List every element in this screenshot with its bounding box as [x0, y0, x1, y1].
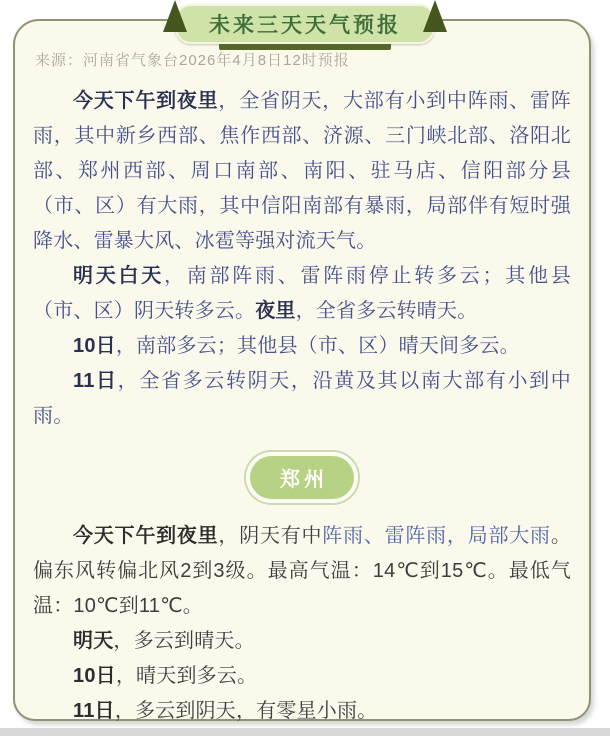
city-paragraph-tomorrow: 明天，多云到晴天。 [33, 624, 571, 659]
paragraph-text: ，全省多云转晴天。 [296, 300, 478, 322]
source-line: 来源：河南省气象台2026年4月8日12时预报 [35, 49, 571, 70]
paragraph-text: ，全省阴天，大部有小到中阵雨、雷阵雨，其中新乡西部、焦作西部、济源、三门峡北部、… [33, 90, 571, 252]
card-content: 来源：河南省气象台2026年4月8日12时预报 今天下午到夜里，全省阴天，大部有… [15, 21, 589, 729]
weather-forecast-page: 未来三天天气预报 来源：河南省气象台2026年4月8日12时预报 今天下午到夜里… [0, 0, 610, 736]
city-badge-row: 郑州 [33, 452, 571, 503]
ribbon-band: 未来三天天气预报 [175, 4, 435, 44]
paragraph-lead-bold: 今天下午到夜里 [73, 525, 218, 547]
page-title: 未来三天天气预报 [209, 9, 401, 39]
ribbon-banner: 未来三天天气预报 [175, 4, 435, 44]
bottom-separator-strip [0, 728, 610, 736]
province-paragraph-tomorrow: 明天白天，南部阵雨、雷阵雨停止转多云；其他县（市、区）阴天转多云。夜里，全省多云… [33, 259, 571, 329]
paragraph-text: ，多云到晴天。 [113, 630, 254, 652]
province-forecast-section: 今天下午到夜里，全省阴天，大部有小到中阵雨、雷阵雨，其中新乡西部、焦作西部、济源… [33, 84, 571, 434]
city-paragraph-day10: 10日，晴天到多云。 [33, 659, 571, 694]
city-paragraph-today: 今天下午到夜里，阴天有中阵雨、雷阵雨，局部大雨。偏东风转偏北风2到3级。最高气温… [33, 519, 571, 624]
city-badge: 郑州 [246, 452, 358, 503]
city-paragraph-day11: 11日，多云到阴天，有零星小雨。 [33, 694, 571, 729]
paragraph-lead-bold: 10日 [73, 335, 116, 357]
province-paragraph-today: 今天下午到夜里，全省阴天，大部有小到中阵雨、雷阵雨，其中新乡西部、焦作西部、济源… [33, 84, 571, 259]
paragraph-lead-bold: 今天下午到夜里 [73, 90, 218, 112]
paragraph-lead-bold: 明天白天 [73, 265, 164, 287]
province-paragraph-day11: 11日，全省多云转阴天，沿黄及其以南大部有小到中雨。 [33, 364, 571, 434]
paragraph-highlight-text: 阵雨、雷阵雨，局部大雨 [322, 525, 551, 547]
forecast-card: 来源：河南省气象台2026年4月8日12时预报 今天下午到夜里，全省阴天，大部有… [13, 19, 591, 721]
paragraph-lead-bold: 明天 [73, 630, 113, 652]
paragraph-text: ，晴天到多云。 [116, 665, 257, 687]
province-paragraph-day10: 10日，南部多云；其他县（市、区）晴天间多云。 [33, 329, 571, 364]
paragraph-lead-bold: 11日 [73, 370, 118, 392]
paragraph-text: ，南部多云；其他县（市、区）晴天间多云。 [116, 335, 520, 357]
paragraph-lead-bold: 10日 [73, 665, 116, 687]
paragraph-inline-bold: 夜里 [255, 300, 295, 322]
paragraph-text: ，阴天有中 [218, 525, 322, 547]
city-forecast-section: 今天下午到夜里，阴天有中阵雨、雷阵雨，局部大雨。偏东风转偏北风2到3级。最高气温… [33, 519, 571, 729]
paragraph-lead-bold: 11日 [73, 700, 115, 722]
paragraph-text: ，多云到阴天，有零星小雨。 [115, 700, 378, 722]
